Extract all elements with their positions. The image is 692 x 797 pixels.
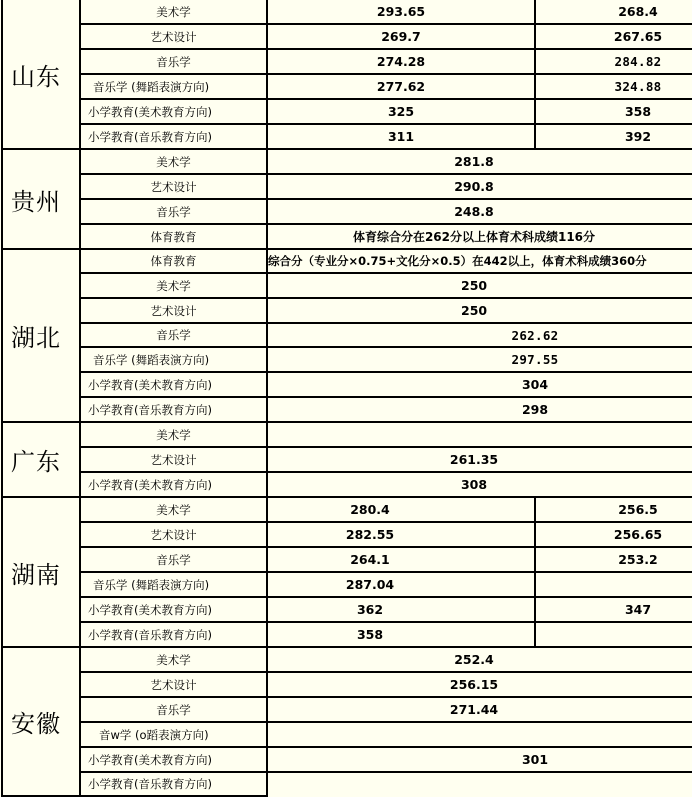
major-cell: 艺术设计 <box>81 673 266 696</box>
major-cell: 艺术设计 <box>81 299 266 322</box>
major-cell: 艺术设计 <box>81 448 266 471</box>
score-note-cell: 体育综合分在262分以上体育术科成绩116分 <box>268 225 692 248</box>
score-cell <box>536 573 692 596</box>
score-cell: 293.65 <box>268 0 534 23</box>
score-cell: 347 <box>536 598 692 621</box>
major-cell: 体育教育 <box>81 250 266 272</box>
province-hubei: 湖北 <box>3 250 79 421</box>
major-cell: 艺术设计 <box>81 523 266 546</box>
score-cell: 252.4 <box>268 648 680 671</box>
score-table: 山东 贵州 湖北 广东 湖南 安徽 美术学 293.65 268.4 艺术设计 … <box>0 0 692 797</box>
score-cell: 287.04 <box>268 573 472 596</box>
major-cell: 小学教育(美术教育方向) <box>81 373 266 396</box>
score-cell: 325 <box>268 100 534 123</box>
score-cell <box>268 423 680 446</box>
score-cell: 256.15 <box>268 673 680 696</box>
major-cell: 小学教育(美术教育方向) <box>81 473 266 496</box>
score-cell: 256.5 <box>536 498 692 521</box>
major-cell: 小学教育(音乐教育方向) <box>81 773 266 795</box>
score-cell: 277.62 <box>268 75 534 98</box>
score-cell: 290.8 <box>268 175 692 198</box>
score-cell: 311 <box>268 125 534 148</box>
major-cell: 美术学 <box>81 0 266 23</box>
major-cell: 小学教育(美术教育方向) <box>81 748 266 771</box>
province-guangdong: 广东 <box>3 423 79 496</box>
major-cell: 小学教育(美术教育方向) <box>81 100 266 123</box>
major-cell: 小学教育(音乐教育方向) <box>81 623 266 646</box>
province-anhui: 安徽 <box>3 648 79 795</box>
score-cell: 358 <box>268 623 472 646</box>
major-cell: 小学教育(音乐教育方向) <box>81 398 266 421</box>
score-cell: 253.2 <box>536 548 692 571</box>
score-cell <box>268 723 680 746</box>
score-cell: 280.4 <box>268 498 472 521</box>
major-cell: 音乐学 <box>81 698 266 721</box>
score-cell: 269.7 <box>268 25 534 48</box>
major-cell: 音乐学 <box>81 324 266 346</box>
province-guizhou: 贵州 <box>3 150 79 248</box>
score-cell: 358 <box>536 100 692 123</box>
score-cell: 261.35 <box>268 448 680 471</box>
major-cell: 艺术设计 <box>81 25 266 48</box>
score-cell <box>268 773 680 795</box>
score-cell: 248.8 <box>268 200 692 223</box>
score-cell: 282.55 <box>268 523 472 546</box>
score-cell: 274.28 <box>268 50 534 73</box>
score-cell: 304 <box>268 373 692 396</box>
major-cell: 音乐学 (舞蹈表演方向) <box>81 573 266 596</box>
major-cell: 音乐学 (舞蹈表演方向) <box>81 75 266 98</box>
province-shandong: 山东 <box>3 0 79 148</box>
major-cell: 小学教育(美术教育方向) <box>81 598 266 621</box>
score-cell: 392 <box>536 125 692 148</box>
major-cell: 音w学 (o蹈表演方向) <box>81 723 266 746</box>
score-cell: 284.82 <box>536 50 692 73</box>
score-cell <box>536 623 692 646</box>
major-cell: 美术学 <box>81 423 266 446</box>
score-cell: 301 <box>268 748 692 771</box>
score-cell: 362 <box>268 598 472 621</box>
score-cell: 308 <box>268 473 680 496</box>
major-cell: 体育教育 <box>81 225 266 248</box>
major-cell: 音乐学 (舞蹈表演方向) <box>81 348 266 371</box>
score-cell: 267.65 <box>536 25 692 48</box>
major-cell: 音乐学 <box>81 50 266 73</box>
score-cell: 268.4 <box>536 0 692 23</box>
score-cell: 281.8 <box>268 150 692 173</box>
score-cell: 298 <box>268 398 692 421</box>
score-cell: 264.1 <box>268 548 472 571</box>
score-cell: 324.88 <box>536 75 692 98</box>
score-cell: 250 <box>268 299 680 322</box>
score-cell: 262.62 <box>268 324 692 346</box>
major-cell: 音乐学 <box>81 548 266 571</box>
major-cell: 美术学 <box>81 648 266 671</box>
major-cell: 小学教育(音乐教育方向) <box>81 125 266 148</box>
major-cell: 美术学 <box>81 274 266 297</box>
score-cell: 250 <box>268 274 680 297</box>
province-hunan: 湖南 <box>3 498 79 646</box>
score-cell: 297.55 <box>268 348 692 371</box>
score-cell: 256.65 <box>536 523 692 546</box>
major-cell: 美术学 <box>81 498 266 521</box>
major-cell: 音乐学 <box>81 200 266 223</box>
score-cell: 271.44 <box>268 698 680 721</box>
major-cell: 艺术设计 <box>81 175 266 198</box>
score-note-cell: 综合分（专业分×0.75+文化分×0.5）在442以上，体育术科成绩360分 <box>268 250 692 272</box>
major-cell: 美术学 <box>81 150 266 173</box>
